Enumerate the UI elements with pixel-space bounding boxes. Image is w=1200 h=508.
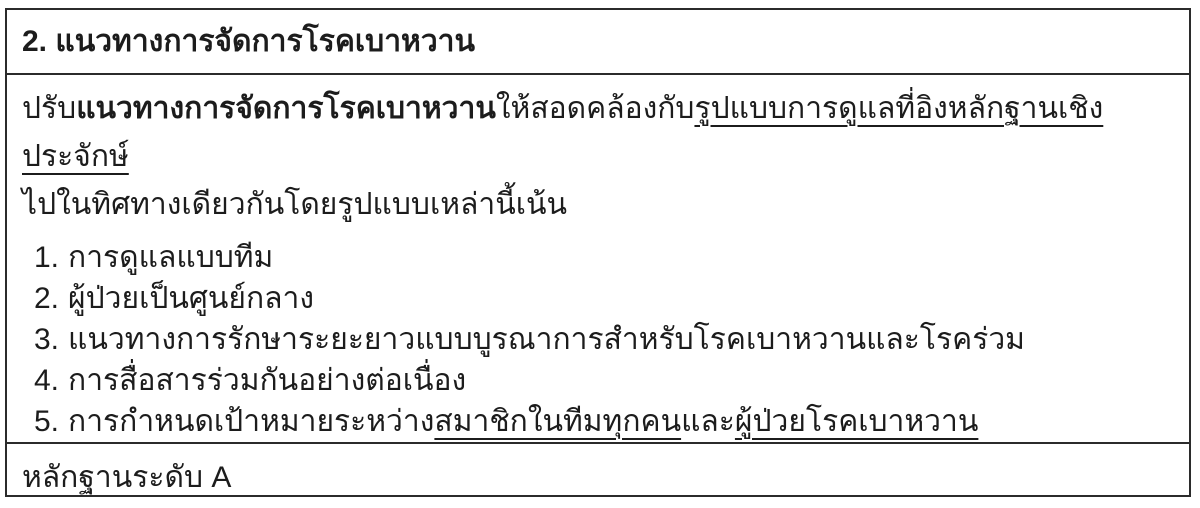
list-item-text: ผู้ป่วยเป็นศูนย์กลาง [68, 282, 314, 315]
guideline-table: 2. แนวทางการจัดการโรคเบาหวาน ปรับแนวทางก… [5, 8, 1191, 497]
intro-text-bold: แนวทางการจัดการโรคเบาหวาน [76, 92, 496, 125]
list-item-text: และ [681, 405, 735, 438]
intro-paragraph-line-2: ไปในทิศทางเดียวกันโดยรูปแบบเหล่านี้เน้น [22, 181, 1174, 229]
list-item: 4.การสื่อสารร่วมกันอย่างต่อเนื่อง [34, 360, 1174, 401]
intro-text: ปรับ [22, 92, 76, 125]
table-footer-row: หลักฐานระดับ A [7, 444, 1189, 508]
list-item: 2.ผู้ป่วยเป็นศูนย์กลาง [34, 278, 1174, 319]
list-item: 1.การดูแลแบบทีม [34, 237, 1174, 278]
evidence-level-text: หลักฐานระดับ A [22, 454, 231, 501]
list-item-number: 4. [34, 364, 59, 397]
list-item-text: การดูแลแบบทีม [68, 241, 273, 274]
list-item-text-underlined: สมาชิกในทีมทุกคน [434, 405, 681, 438]
table-header-row: 2. แนวทางการจัดการโรคเบาหวาน [7, 10, 1189, 75]
list-item: 3.แนวทางการรักษาระยะยาวแบบบูรณาการสำหรับ… [34, 319, 1174, 360]
list-item-text-underlined: ผู้ป่วยโรคเบาหวาน [735, 405, 978, 438]
section-title: 2. แนวทางการจัดการโรคเบาหวาน [22, 18, 475, 65]
list-item-text: แนวทางการรักษาระยะยาวแบบบูรณาการสำหรับโร… [68, 323, 1025, 356]
list-item-number: 1. [34, 241, 59, 274]
guideline-list: 1.การดูแลแบบทีม 2.ผู้ป่วยเป็นศูนย์กลาง 3… [22, 237, 1174, 442]
list-item-number: 2. [34, 282, 59, 315]
list-item-number: 3. [34, 323, 59, 356]
table-body-row: ปรับแนวทางการจัดการโรคเบาหวานให้สอดคล้อง… [7, 75, 1189, 444]
intro-text: ให้สอดคล้องกับ [496, 92, 695, 125]
list-item: 5.การกำหนดเป้าหมายระหว่างสมาชิกในทีมทุกค… [34, 401, 1174, 442]
list-item-number: 5. [34, 405, 59, 438]
list-item-text: การสื่อสารร่วมกันอย่างต่อเนื่อง [68, 364, 466, 397]
intro-paragraph-line-1: ปรับแนวทางการจัดการโรคเบาหวานให้สอดคล้อง… [22, 85, 1174, 181]
list-item-text: การกำหนดเป้าหมายระหว่าง [68, 405, 434, 438]
